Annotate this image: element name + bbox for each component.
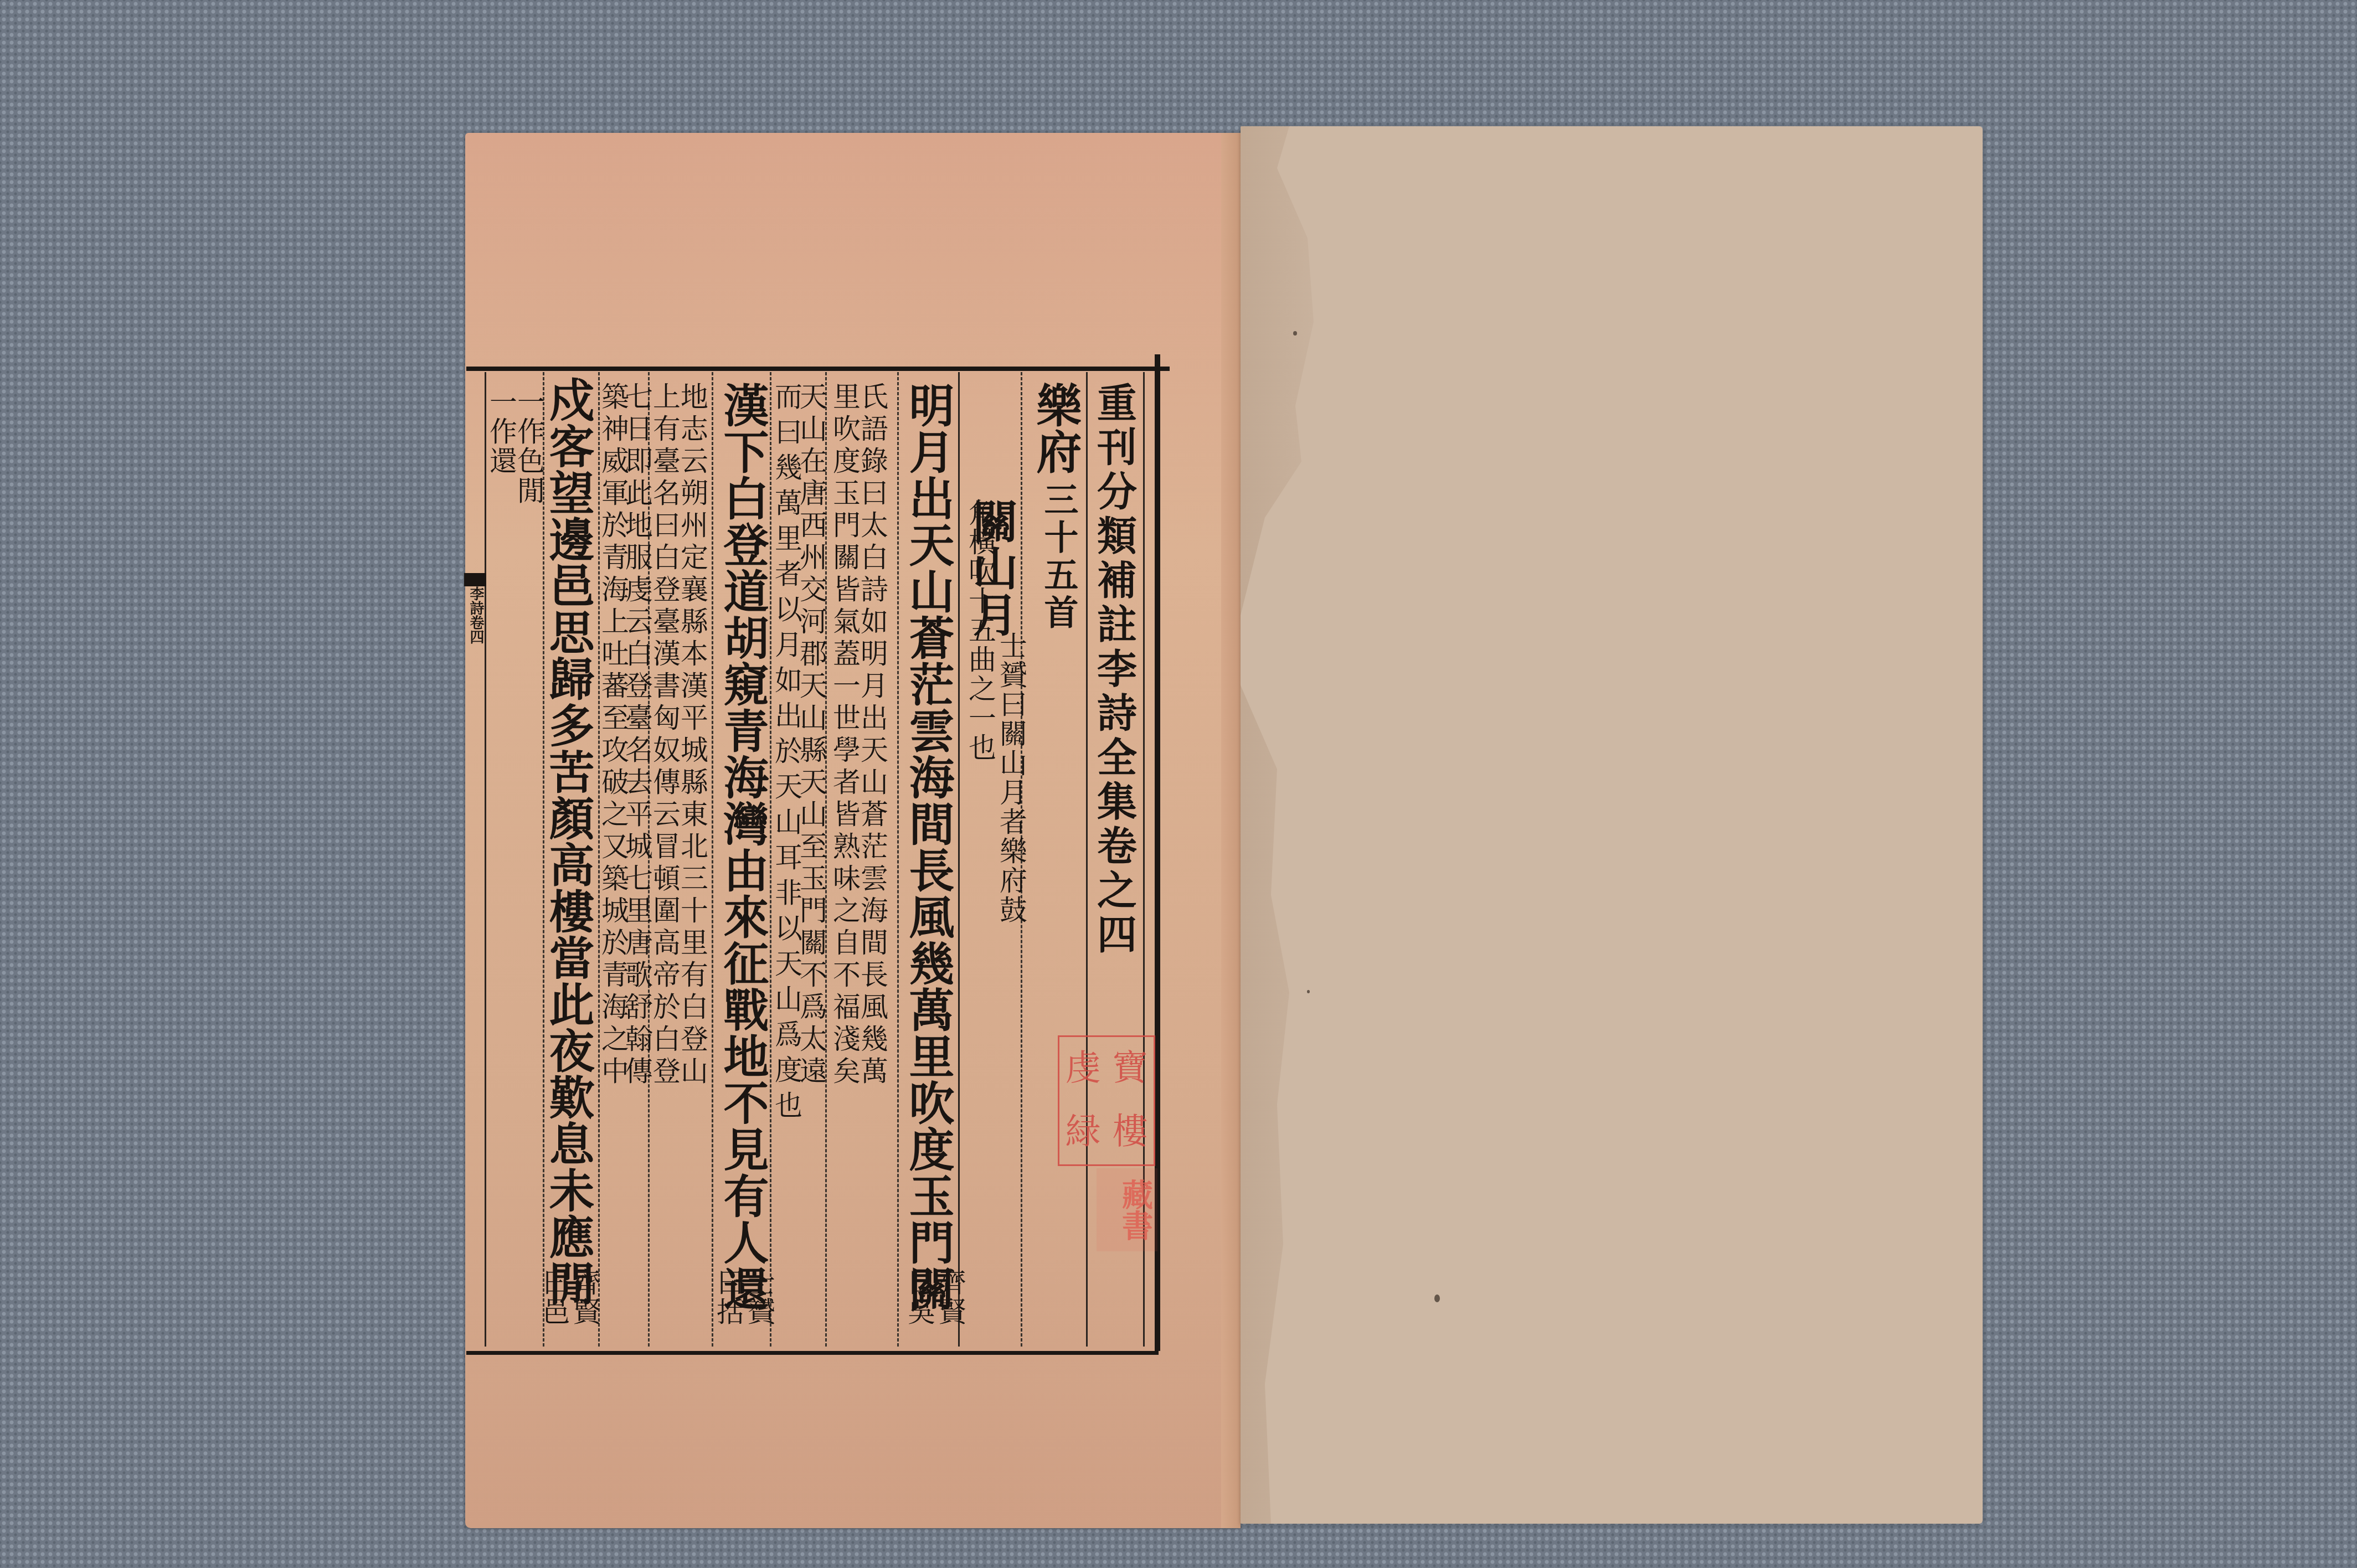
block-center-fragment: 李詩卷四	[464, 573, 486, 675]
spine-gutter	[1221, 133, 1241, 1528]
commentary-column-8: 築神威軍於青海上吐蕃至攻破之又築城於青海之中	[599, 382, 627, 1089]
verse-line-1: 明月出天山蒼茫雲海間長風幾萬里吹度玉門關	[905, 382, 951, 1312]
section-count: 三十五首	[1041, 482, 1075, 632]
note-left: 曰邑	[540, 1268, 568, 1327]
column-rule	[1086, 372, 1088, 1347]
note-left: 曰括	[714, 1268, 742, 1327]
note-left: 曰吳	[905, 1268, 933, 1327]
commentary-column-6: 上有臺名曰白登臺漢書匈奴傳云冒頓圍高帝於白登	[651, 382, 678, 1089]
column-rule	[712, 372, 713, 1347]
right-page-blank-leaf	[1241, 126, 1983, 1524]
note-right: 士贇	[745, 1268, 773, 1327]
seal-char: 樓	[1107, 1101, 1154, 1164]
column-rule	[485, 372, 486, 1347]
column-rule	[958, 372, 960, 1347]
column-rule	[897, 372, 899, 1347]
poem-title-note: 士贇曰關山月者樂府鼓 角橫吹十五曲之一也	[966, 631, 1025, 925]
variant-note-1-extra: 閒	[515, 476, 543, 506]
seal-char: 寶	[1107, 1037, 1154, 1101]
commentary-column-1: 氏語錄曰太白詩如明月出天山蒼茫雲海間長風幾萬	[858, 382, 886, 1089]
seal-char: 虔	[1059, 1037, 1107, 1101]
frame-top-rule	[466, 367, 1170, 371]
verse-line-2: 漢下白登道胡窺青海灣由來征戰地不見有人還	[720, 382, 765, 1312]
verse-line-3-note: 齊賢 曰邑	[540, 1268, 599, 1327]
water-stain	[1241, 126, 1362, 1524]
note-right: 齊賢	[936, 1268, 964, 1327]
variant-note-1: 一作色	[515, 388, 543, 476]
paper-speck	[1293, 331, 1297, 336]
variant-note-2: 一作還	[487, 388, 515, 476]
seal-char: 緑	[1059, 1101, 1107, 1164]
volume-title: 重刊分類補註李詩全集卷之四	[1094, 382, 1134, 958]
collector-seal: 虔 寶 緑 樓	[1058, 1035, 1155, 1166]
commentary-column-2: 里吹度玉門關皆氣蓋一世學者皆熟味之自不福淺矣	[831, 382, 858, 1089]
poem-title-note-right: 士贇曰關山月者樂府鼓	[997, 631, 1025, 925]
verse-line-1-note: 齊賢 曰吳	[905, 1268, 964, 1327]
collector-seal-secondary: 藏書	[1097, 1168, 1157, 1251]
commentary-column-5: 地志云朔州定襄縣本漢平城縣東北三十里有白登山	[678, 382, 706, 1089]
verse-line-3: 戍客望邊邑思歸多苦顏高樓當此夜歎息未應閒	[545, 376, 591, 1307]
verse-line-2-note: 士贇 曰括	[714, 1268, 773, 1327]
paper-speck	[1434, 1294, 1440, 1302]
frame-bottom-rule	[466, 1351, 1159, 1355]
paper-speck	[1307, 990, 1310, 993]
note-right: 齊賢	[571, 1268, 599, 1327]
section-heading: 樂府	[1033, 382, 1078, 475]
commentary-column-4: 而曰幾萬里者以月如出於天山耳非以天山爲度也	[773, 382, 800, 1126]
poem-title-note-left: 角橫吹十五曲之一也	[966, 498, 994, 925]
